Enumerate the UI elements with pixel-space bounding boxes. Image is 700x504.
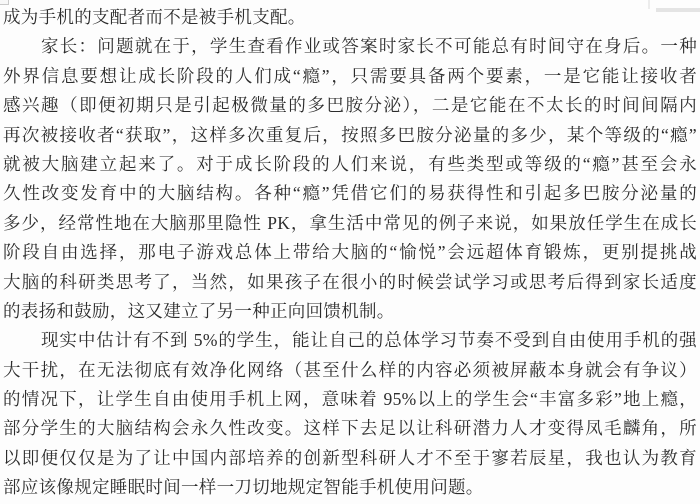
scanned-document-page: 成为手机的支配者而不是被手机支配。 家长：问题就在于，学生查看作业或答案时家长不… — [0, 0, 700, 504]
text-line: 阶段自由选择，那电子游戏总体上带给大脑的“愉悦”会远超体育锻炼，更别提挑战 — [3, 238, 697, 267]
text-line: 以即便仅仅是为了让中国内部培养的创新型科研人才不至于寥若辰星，我也认为教育 — [3, 444, 697, 473]
scan-artifact-top-right-line — [656, 8, 700, 12]
scan-artifact-top-left — [0, 0, 9, 5]
text-line: 部分学生的大脑结构会永久性改变。这样下去足以让科研潜力人才变得凤毛麟角，所 — [3, 414, 697, 443]
text-line: 就被大脑建立起来了。对于成长阶段的人们来说，有些类型或等级的“瘾”甚至会永 — [3, 150, 697, 179]
text-line: 久性改变发育中的大脑结构。各种“瘾”凭借它们的易获得性和引起多巴胺分泌量的 — [3, 179, 697, 208]
text-line: 部应该像规定睡眠时间一样一刀切地规定智能手机使用问题。 — [3, 473, 697, 502]
text-line: 大干扰，在无法彻底有效净化网络（甚至什么样的内容必须被屏蔽本身就会有争议） — [3, 356, 697, 385]
text-line: 外界信息要想让成长阶段的人们成“瘾”，只需要具备两个要素，一是它能让接收者 — [3, 62, 697, 91]
text-line: 大脑的科研类思考了，当然，如果孩子在很小的时候尝试学习或思考后得到家长适度 — [3, 268, 697, 297]
text-line: 感兴趣（即便初期只是引起极微量的多巴胺分泌），二是它能在不太长的时间间隔内 — [3, 91, 697, 120]
text-line: 的表扬和鼓励，这又建立了另一种正向回馈机制。 — [3, 297, 697, 326]
scan-artifact-top-right-tick — [648, 0, 650, 9]
text-line: 多少，经常性地在大脑那里隐性 PK，拿生活中常见的例子来说，如果放任学生在成长 — [3, 209, 697, 238]
text-line: 的情况下，让学生自由使用手机上网，意味着 95%以上的学生会“丰富多彩”地上瘾， — [3, 385, 697, 414]
text-line: 成为手机的支配者而不是被手机支配。 — [3, 3, 697, 32]
text-line: 现实中估计有不到 5%的学生，能让自己的总体学习节奏不受到自由使用手机的强 — [3, 326, 697, 355]
text-line: 家长：问题就在于，学生查看作业或答案时家长不可能总有时间守在身后。一种 — [3, 32, 697, 61]
text-line: 再次被接收者“获取”，这样多次重复后，按照多巴胺分泌量的多少，某个等级的“瘾” — [3, 121, 697, 150]
